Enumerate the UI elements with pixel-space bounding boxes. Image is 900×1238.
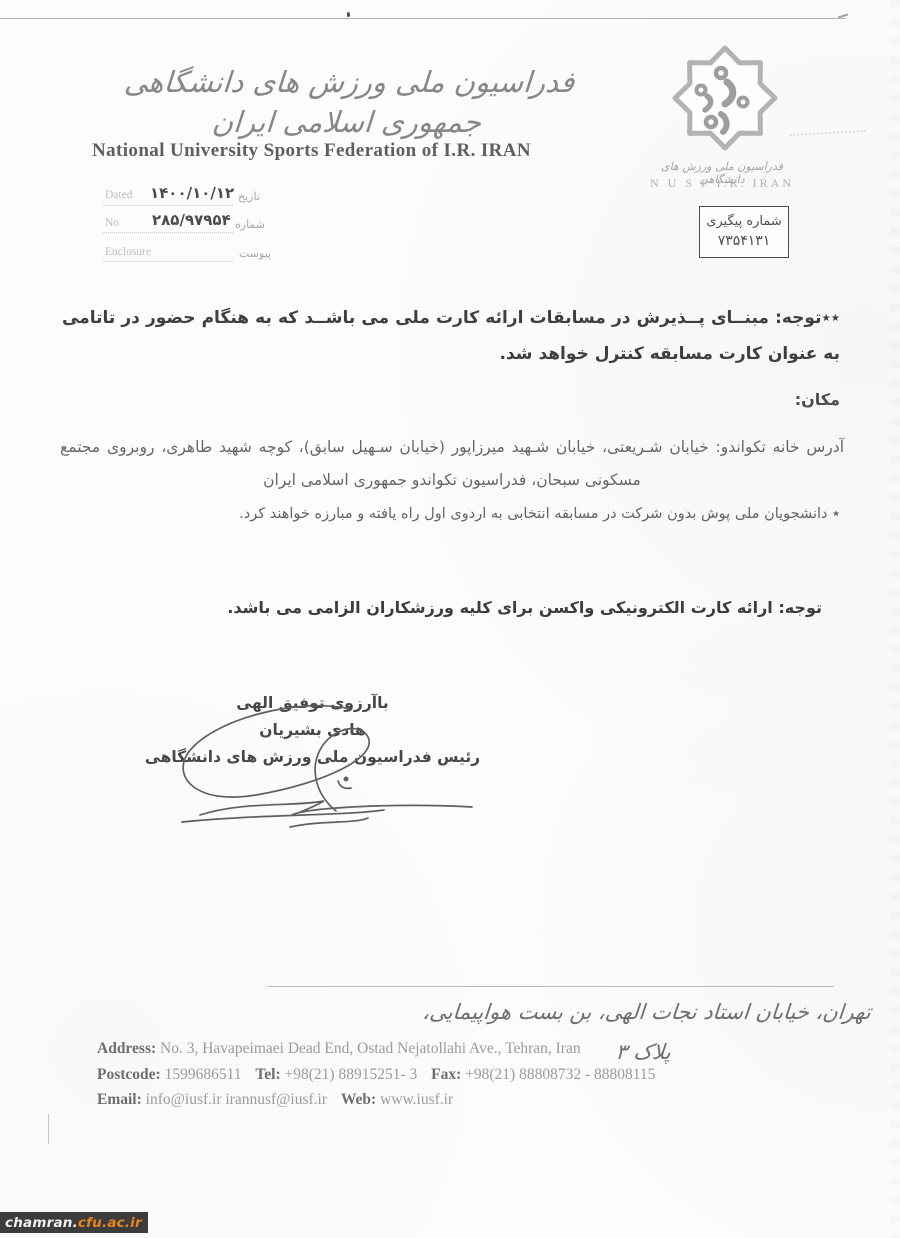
watermark-prefix: chamran. [5, 1215, 78, 1231]
letterhead-title-en: National University Sports Federation of… [92, 140, 562, 162]
national-team-note: ٭ دانشجویان ملی پوش بدون شرکت در مسابقه … [62, 506, 840, 522]
footer-phone-line: Postcode: 1599686511 Tel: +98(21) 889152… [97, 1062, 827, 1088]
footer-email-line: Email: info@iusf.ir irannusf@iusf.ir Web… [97, 1087, 827, 1113]
no-value: ۲۸۵/۹۷۹۵۴ [152, 211, 231, 229]
no-label-fa: شماره [235, 218, 265, 231]
web-value: www.iusf.ir [380, 1091, 453, 1108]
venue-address-paragraph: آدرس خانه تکواندو: خیابان شـریعتی، خیابا… [60, 431, 844, 497]
footer-contact-block: Address: No. 3, Havapeimaei Dead End, Os… [97, 1036, 827, 1113]
scan-vline-artifact [48, 1114, 49, 1144]
tracking-label: شماره پیگیری [706, 213, 782, 231]
logo-caption-en: N U S F I.R. IRAN [640, 176, 804, 191]
email-label: Email: [97, 1091, 142, 1108]
letterhead-title-fa: فدراسیون ملی ورزش های دانشگاهی جمهوری اس… [85, 62, 611, 142]
tel-label: Tel: [255, 1066, 280, 1083]
enclosure-label-en: Enclosure [105, 246, 151, 258]
fax-value: +98(21) 88808732 - 88808115 [465, 1066, 655, 1083]
scan-squiggle-artifact [790, 130, 867, 146]
dated-value: ۱۴۰۰/۱۰/۱۲ [150, 184, 234, 202]
scan-edge-noise [890, 0, 900, 1238]
postcode-value: 1599686511 [165, 1066, 242, 1083]
footer-divider [268, 986, 834, 987]
scan-line-artifact [0, 18, 846, 19]
scan-speck-artifact [347, 12, 350, 17]
web-label: Web: [341, 1091, 376, 1108]
scanned-letter-page: فدراسیون ملی ورزش های دانشگاهی جمهوری اس… [0, 0, 900, 1238]
tracking-number: ۷۳۵۴۱۳۱ [718, 231, 771, 251]
federation-logo-icon [652, 42, 798, 162]
vaccine-card-notice: توجه: ارائه کارت الکترونیکی واکسن برای ک… [62, 598, 822, 617]
tracking-number-box: شماره پیگیری ۷۳۵۴۱۳۱ [699, 206, 789, 258]
enclosure-dotted-line [103, 260, 233, 262]
dated-label-fa: تاریخ [238, 190, 260, 203]
location-label: مکان: [62, 390, 840, 409]
postcode-label: Postcode: [97, 1066, 161, 1083]
tel-value: +98(21) 88915251- 3 [285, 1066, 418, 1083]
dated-label-en: Dated [105, 189, 132, 201]
site-watermark: chamran. cfu.ac.ir [0, 1212, 148, 1233]
handwritten-signature-icon [140, 695, 510, 845]
fax-label: Fax: [431, 1066, 461, 1083]
no-label-en: No [105, 217, 119, 229]
notice-national-card-paragraph: ٭٭توجه: مبنــای پــذیرش در مسابقات ارائه… [62, 300, 840, 372]
email-value: info@iusf.ir irannusf@iusf.ir [146, 1091, 327, 1108]
enclosure-label-fa: پیوست [239, 247, 271, 260]
address-value: No. 3, Havapeimaei Dead End, Ostad Nejat… [160, 1040, 581, 1057]
no-dotted-line [103, 231, 233, 233]
watermark-domain: cfu.ac.ir [78, 1215, 142, 1231]
address-label: Address: [97, 1040, 156, 1057]
dated-dotted-line [103, 204, 233, 206]
footer-address-line: Address: No. 3, Havapeimaei Dead End, Os… [97, 1036, 827, 1062]
